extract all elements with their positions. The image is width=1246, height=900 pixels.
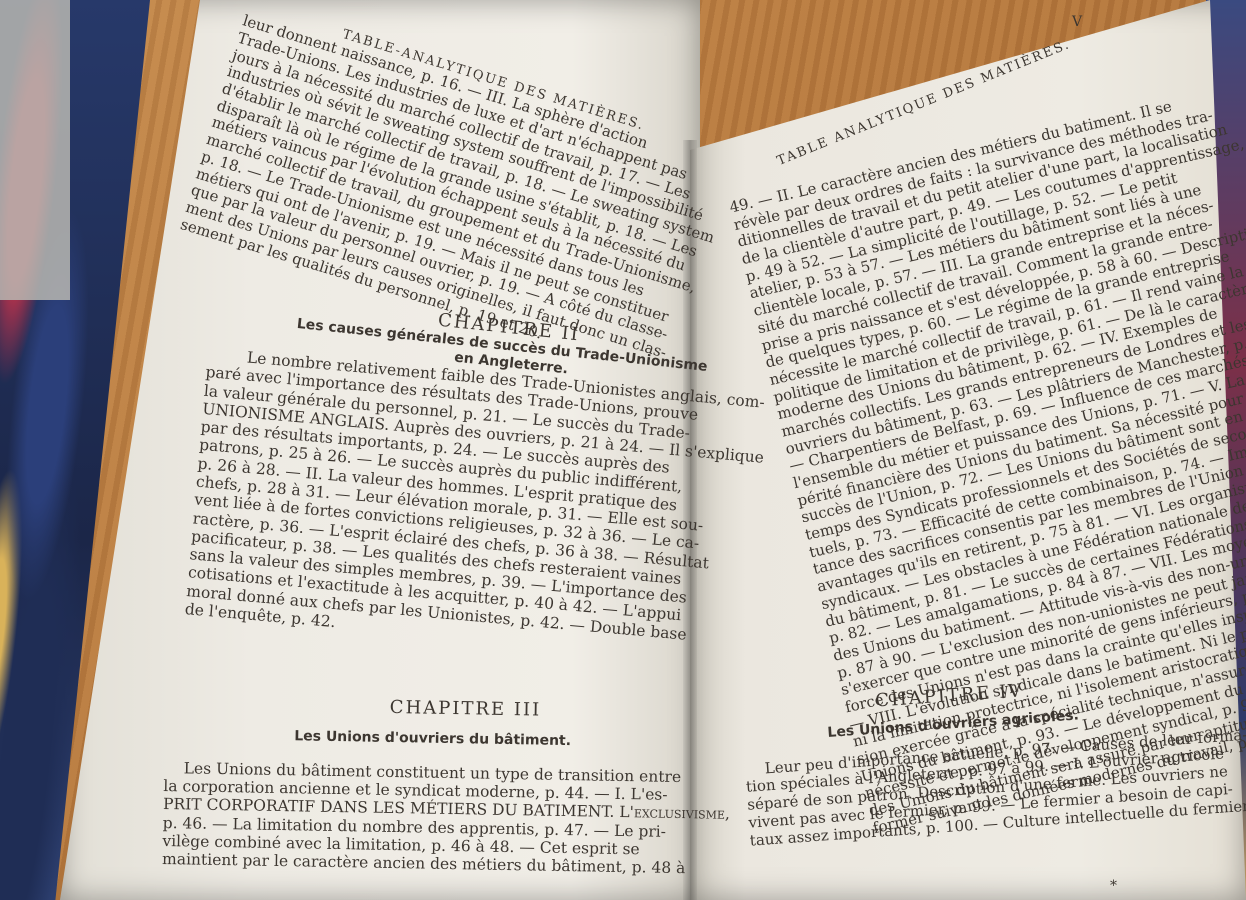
- chapter-title: Les Unions d'ouvriers du bâtiment.: [164, 726, 731, 752]
- signature-mark: *: [1110, 878, 1117, 894]
- grey-board-edge: [0, 0, 70, 300]
- chapter-2-summary: Le nombre relativement faible des Trade-…: [184, 345, 769, 667]
- page-number: V: [1072, 14, 1082, 30]
- chapter-3-section: CHAPITRE III Les Unions d'ouvriers du bâ…: [162, 693, 732, 878]
